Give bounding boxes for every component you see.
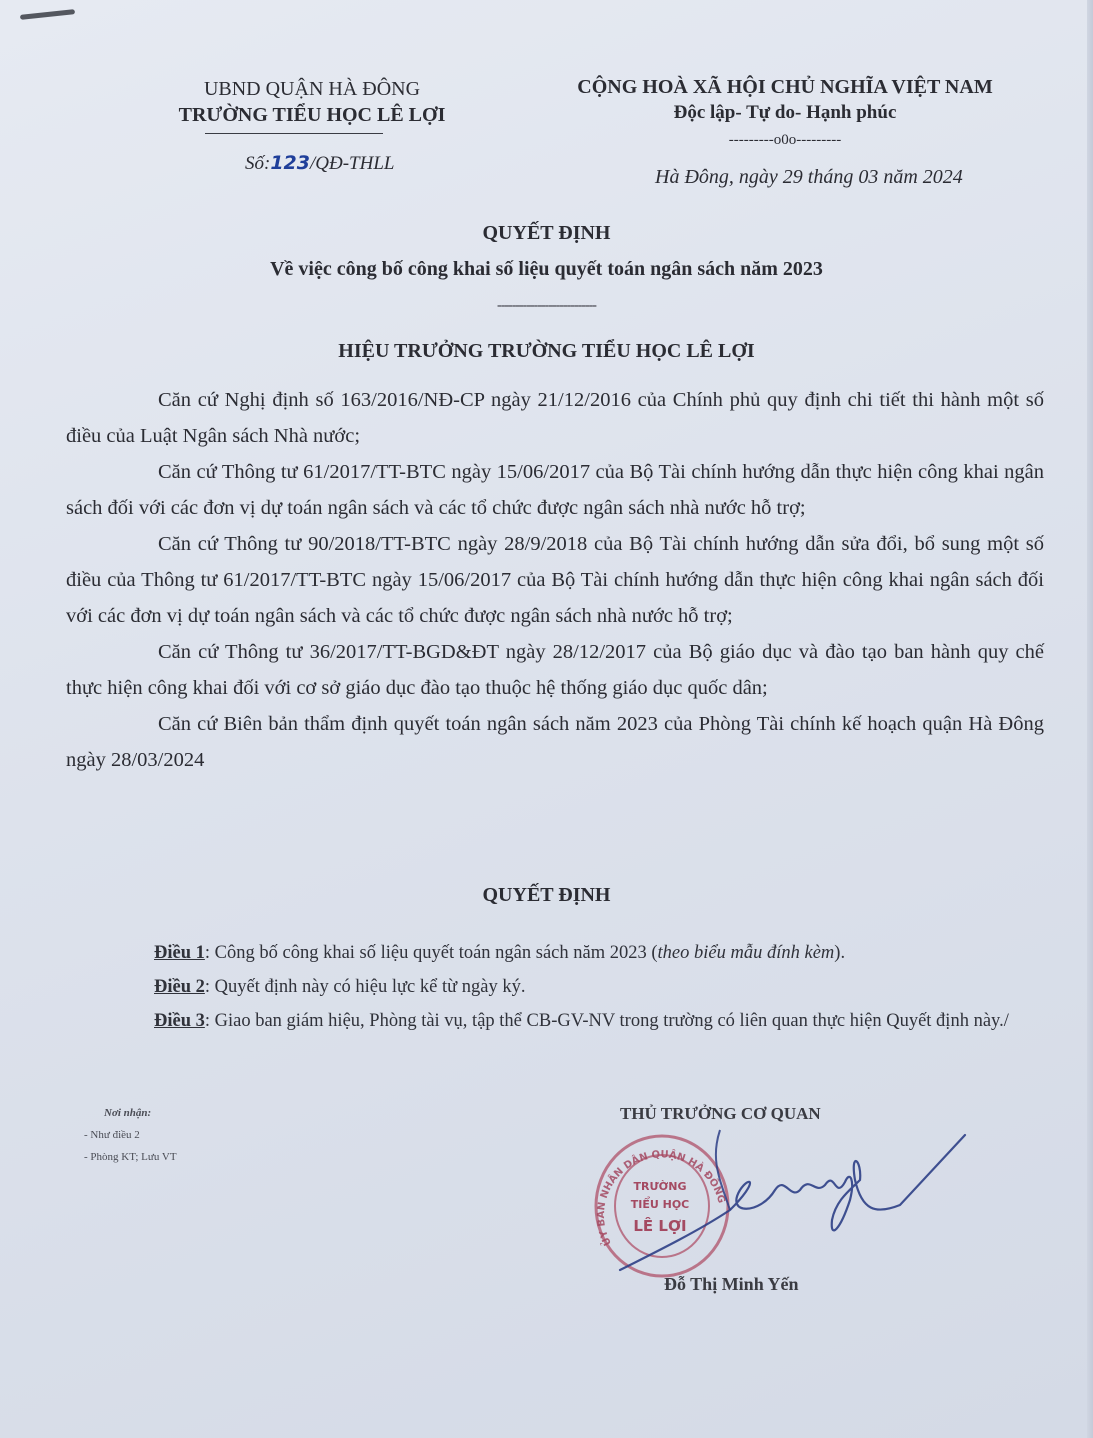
articles: Điều 1: Công bố công khai số liệu quyết …: [66, 936, 1044, 1038]
pen-mark: [20, 9, 75, 20]
article-italic: theo biểu mẫu đính kèm: [658, 943, 835, 963]
recipients-title: Nơi nhận:: [84, 1102, 177, 1124]
article-text: : Quyết định này có hiệu lực kể từ ngày …: [205, 977, 526, 997]
article-3: Điều 3: Giao ban giám hiệu, Phòng tài vụ…: [66, 1004, 1044, 1038]
article-label: Điều 1: [154, 943, 205, 963]
document-number: Số:123/QĐ-THLL: [245, 152, 394, 175]
recipients: Nơi nhận: - Như điều 2 - Phòng KT; Lưu V…: [84, 1102, 177, 1168]
number-handwritten: 123: [270, 152, 310, 174]
number-prefix: Số:: [245, 153, 270, 174]
article-tail: ).: [834, 943, 845, 963]
legal-basis: Căn cứ Thông tư 90/2018/TT-BTC ngày 28/9…: [66, 526, 1044, 634]
issuer-heading: HIỆU TRƯỞNG TRƯỜNG TIỂU HỌC LÊ LỢI: [0, 340, 1093, 363]
article-text: : Giao ban giám hiệu, Phòng tài vụ, tập …: [205, 1011, 1009, 1031]
article-2: Điều 2: Quyết định này có hiệu lực kể từ…: [66, 970, 1044, 1004]
place-date: Hà Đông, ngày 29 tháng 03 năm 2024: [655, 166, 963, 189]
issuing-authority: UBND QUẬN HÀ ĐÔNG: [130, 78, 494, 101]
signature-icon: [600, 1120, 980, 1290]
legal-basis: Căn cứ Thông tư 61/2017/TT-BTC ngày 15/0…: [66, 454, 1044, 526]
school-name: TRƯỜNG TIỂU HỌC LÊ LỢI: [130, 104, 494, 127]
motto-ornament: ---------o0o---------: [520, 132, 1050, 149]
number-suffix: /QĐ-THLL: [310, 153, 394, 174]
legal-basis: Căn cứ Nghị định số 163/2016/NĐ-CP ngày …: [66, 382, 1044, 454]
title-separator: ---------------------------: [0, 298, 1093, 314]
header-underline: [205, 133, 383, 134]
legal-basis: Căn cứ Biên bản thẩm định quyết toán ngâ…: [66, 706, 1044, 778]
country-name: CỘNG HOÀ XÃ HỘI CHỦ NGHĨA VIỆT NAM: [520, 76, 1050, 99]
article-label: Điều 2: [154, 977, 205, 997]
article-label: Điều 3: [154, 1011, 205, 1031]
decision-heading: QUYẾT ĐỊNH: [0, 884, 1093, 907]
recipient-item: - Phòng KT; Lưu VT: [84, 1146, 177, 1168]
legal-bases: Căn cứ Nghị định số 163/2016/NĐ-CP ngày …: [66, 382, 1044, 778]
article-text: : Công bố công khai số liệu quyết toán n…: [205, 943, 658, 963]
signer-name: Đỗ Thị Minh Yến: [664, 1274, 799, 1295]
document-title: QUYẾT ĐỊNH: [0, 222, 1093, 245]
national-motto: Độc lập- Tự do- Hạnh phúc: [520, 102, 1050, 124]
recipient-item: - Như điều 2: [84, 1124, 177, 1146]
document-subtitle: Về việc công bố công khai số liệu quyết …: [0, 258, 1093, 281]
legal-basis: Căn cứ Thông tư 36/2017/TT-BGD&ĐT ngày 2…: [66, 634, 1044, 706]
page-edge: [1087, 0, 1093, 1438]
article-1: Điều 1: Công bố công khai số liệu quyết …: [66, 936, 1044, 970]
